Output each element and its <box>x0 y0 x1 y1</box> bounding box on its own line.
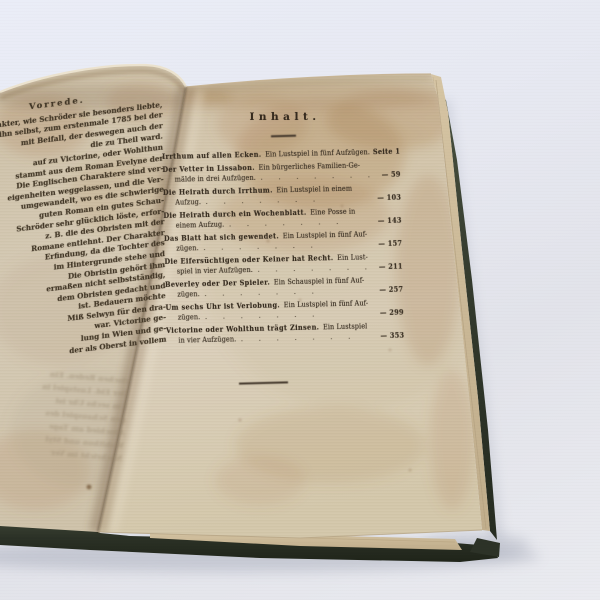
entry-page-number: — 157 <box>378 239 402 250</box>
toc-list: Irrthum auf allen Ecken.Ein Lustspiel in… <box>162 147 404 349</box>
entry-continuation: zügen. <box>178 312 201 323</box>
toc-entry: Die Heirath durch Irrthum.Ein Lustspiel … <box>163 183 401 208</box>
entry-page-number: — 143 <box>378 216 402 227</box>
toc-entry: Die Eifersüchtigen oder Keiner hat Recht… <box>164 252 402 277</box>
entry-page-number: — 257 <box>379 285 403 296</box>
toc-entry: Das Blatt hat sich gewendet.Ein Lustspie… <box>164 229 402 254</box>
leader-dots: ....... <box>253 262 379 275</box>
entry-page-number: — 103 <box>377 193 401 204</box>
entry-page-number: Seite 1 <box>373 147 400 158</box>
toc-entry: Der Vetter in Lissabon.Ein bürgerliches … <box>162 160 400 185</box>
entry-desc: Ein Lustspiel in fünf Aufzügen. <box>265 147 370 159</box>
leader-dots: ....... <box>224 216 378 229</box>
leader-dots: ....... <box>236 331 380 344</box>
entry-continuation: in vier Aufzügen. <box>178 334 236 345</box>
entry-page-number: — 59 <box>382 170 401 180</box>
left-page-text: Vorrede. Charakter, wie Schröder sie bes… <box>0 86 167 376</box>
entry-page-number: — 353 <box>380 331 404 342</box>
toc-entry: Victorine oder Wohlthun trägt Zinsen.Ein… <box>166 321 404 346</box>
toc-entry: Die Heirath durch ein Wochenblatt.Eine P… <box>163 206 401 231</box>
ink-spot <box>87 485 92 490</box>
toc-entry: Beverley oder Der Spieler.Ein Schauspiel… <box>165 275 403 300</box>
entry-continuation: Aufzug. <box>175 197 201 208</box>
entry-continuation: spiel in vier Aufzügen. <box>177 265 253 277</box>
entry-continuation: mälde in drei Aufzügen. <box>175 173 256 185</box>
toc-heading: Inhalt. <box>243 111 327 123</box>
photo-of-open-book: Vorrede. Charakter, wie Schröder sie bes… <box>0 0 600 600</box>
left-page-lines: Charakter, wie Schröder sie besonders li… <box>0 100 167 377</box>
entry-page-number: — 211 <box>379 262 403 273</box>
showthrough-text: rischen Reden. EinDer Eid. Lustspiel inU… <box>0 361 130 465</box>
leader-dots: ....... <box>256 170 382 183</box>
entry-page-number: — 299 <box>380 308 404 319</box>
entry-continuation: einem Aufzug. <box>176 220 225 231</box>
entry-title: Irrthum auf allen Ecken. <box>162 150 262 162</box>
entry-continuation: zügen. <box>177 289 200 300</box>
entry-continuation: zügen. <box>176 243 199 254</box>
toc-entry: Um sechs Uhr ist Verlobung.Ein Lustspiel… <box>165 298 403 323</box>
entry-desc: Ein Lust- <box>337 252 368 263</box>
